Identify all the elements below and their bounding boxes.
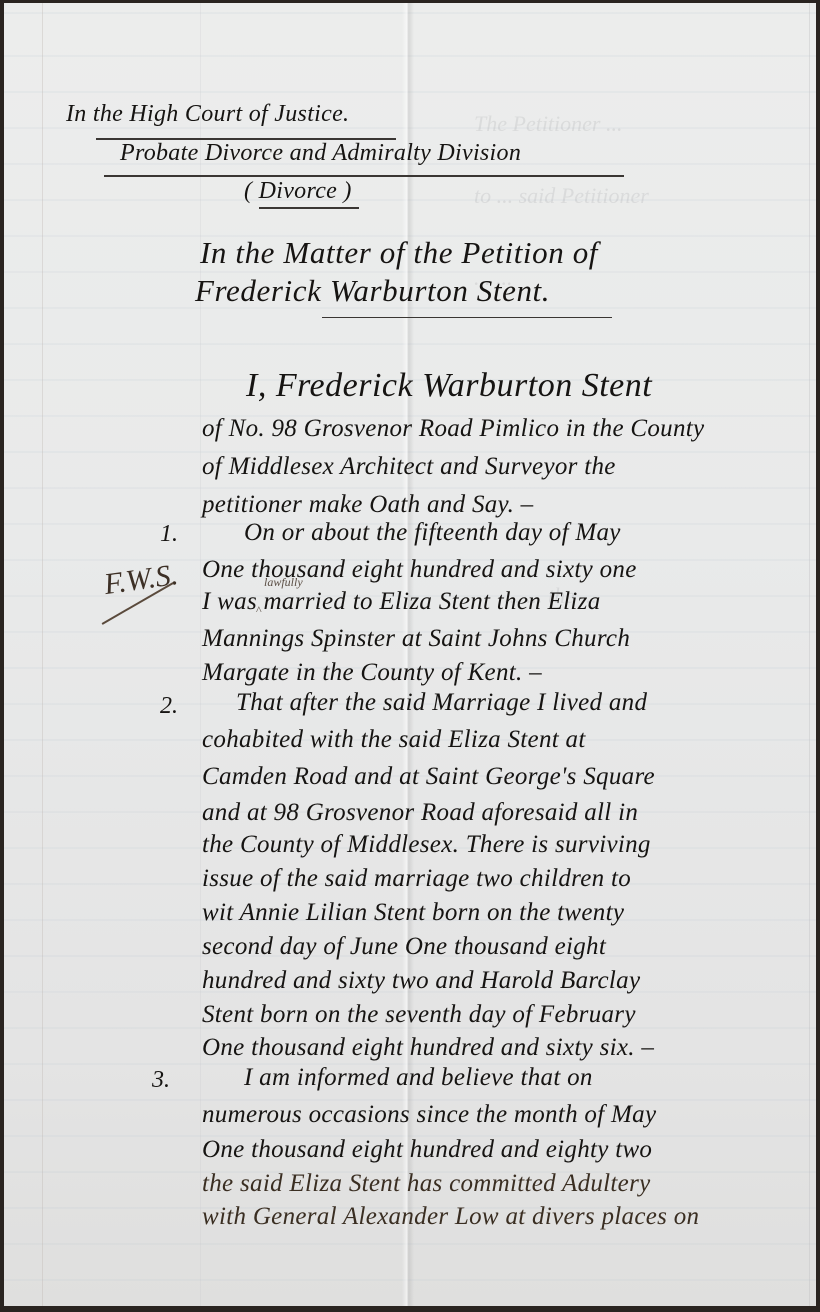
paragraph-number: 1. [160,521,178,548]
bleed-through-text: to ... said Petitioner [474,183,649,209]
matter-title-line2: Frederick Warburton Stent. [195,273,550,309]
paragraph-number: 2. [160,693,178,720]
paragraph-number: 3. [152,1067,170,1094]
body-line: and at 98 Grosvenor Road aforesaid all i… [202,799,638,827]
body-line: That after the said Marriage I lived and [236,689,647,717]
body-line: On or about the fifteenth day of May [244,519,621,547]
body-line: with General Alexander Low at divers pla… [202,1203,699,1231]
underline [259,207,359,209]
left-margin-line [42,3,43,1306]
body-line: petitioner make Oath and Say. – [202,491,533,519]
body-line: Camden Road and at Saint George's Square [202,763,655,791]
court-header-line1: In the High Court of Justice. [66,101,349,128]
title-rule [322,317,612,318]
body-line: Margate in the County of Kent. – [202,659,542,687]
body-line: numerous occasions since the month of Ma… [202,1101,656,1129]
body-line: One thousand eight hundred and sixty six… [202,1034,654,1062]
body-line: issue of the said marriage two children … [202,865,631,893]
body-line: hundred and sixty two and Harold Barclay [202,967,640,995]
right-margin-line [809,3,810,1306]
body-line: of No. 98 Grosvenor Road Pimlico in the … [202,415,704,443]
deponent-name: I, Frederick Warburton Stent [246,367,652,405]
body-line: I was married to Eliza Stent then Eliza [202,588,601,616]
underline [104,175,624,177]
body-line: Stent born on the seventh day of Februar… [202,1001,636,1029]
body-line: of Middlesex Architect and Surveyor the [202,453,616,481]
bleed-through-text: The Petitioner ... [474,111,622,137]
body-line: the County of Middlesex. There is surviv… [202,831,651,859]
body-line: One thousand eight hundred and eighty tw… [202,1136,652,1164]
body-line: cohabited with the said Eliza Stent at [202,726,586,754]
document-page: The Petitioner ... to ... said Petitione… [4,3,816,1306]
body-line: second day of June One thousand eight [202,933,606,961]
body-line: I am informed and believe that on [244,1064,593,1092]
inner-margin-line [200,3,201,1306]
body-line: the said Eliza Stent has committed Adult… [202,1170,651,1198]
matter-title-line1: In the Matter of the Petition of [200,235,598,271]
body-line: wit Annie Lilian Stent born on the twent… [202,899,624,927]
court-header-line2: Probate Divorce and Admiralty Division [120,140,521,167]
body-line: Mannings Spinster at Saint Johns Church [202,625,630,653]
court-header-line3: ( Divorce ) [244,178,352,205]
